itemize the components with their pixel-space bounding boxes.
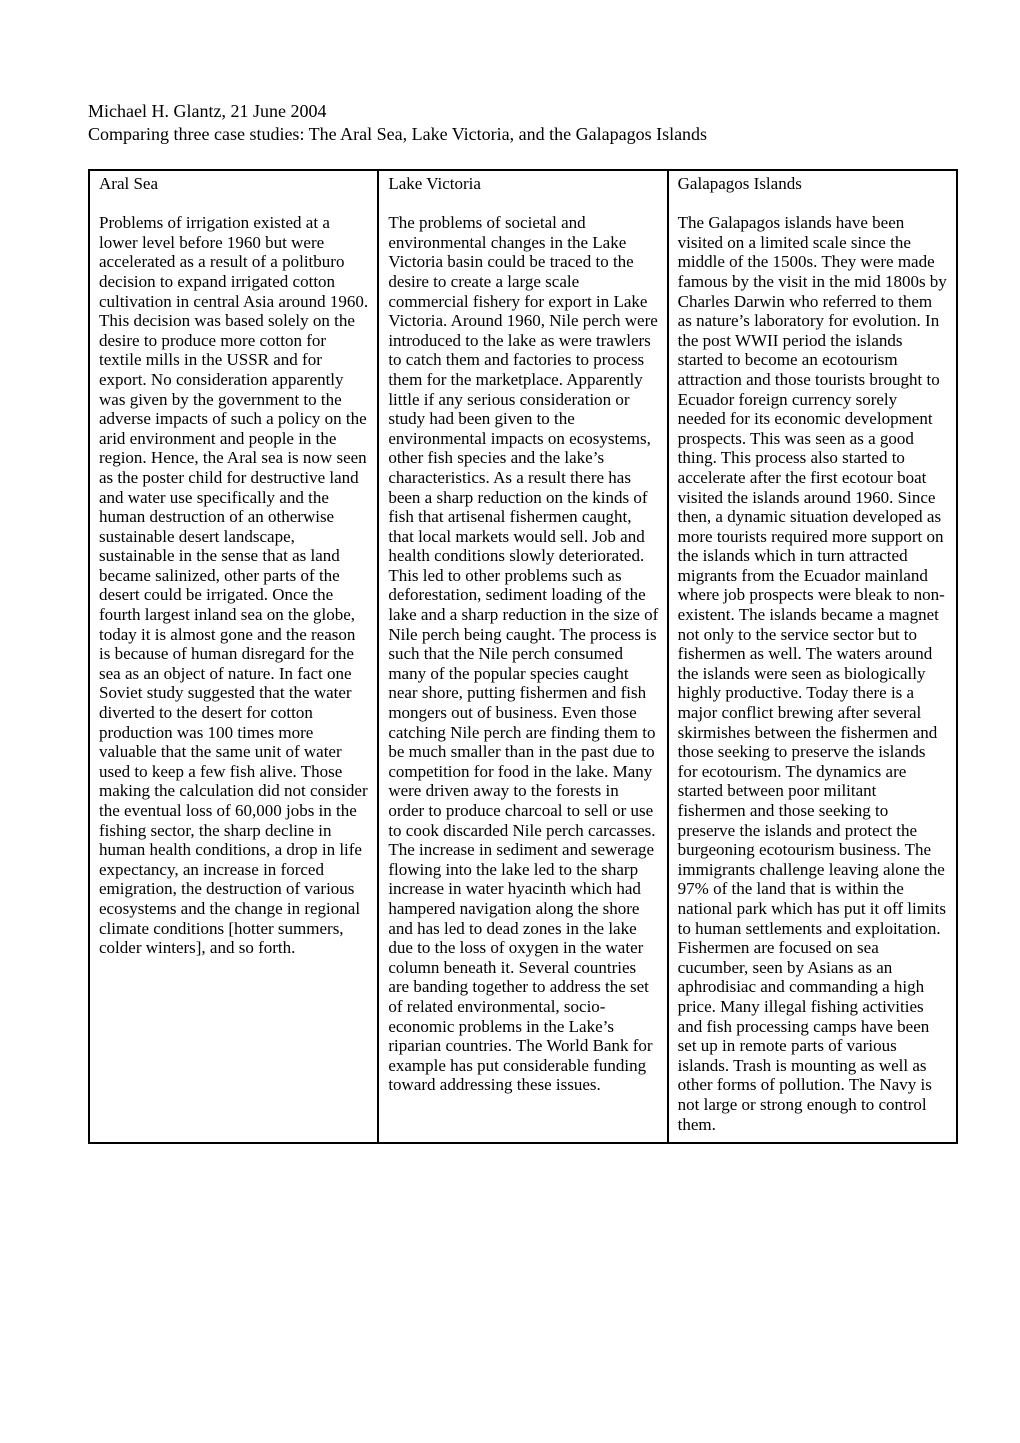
- comparison-table: Aral Sea Problems of irrigation existed …: [88, 169, 958, 1144]
- document-header: Michael H. Glantz, 21 June 2004 Comparin…: [88, 100, 958, 146]
- document-page: Michael H. Glantz, 21 June 2004 Comparin…: [0, 0, 1020, 1443]
- column-body-aral-sea: Problems of irrigation existed at a lowe…: [99, 213, 369, 958]
- column-lake-victoria: Lake Victoria The problems of societal a…: [378, 170, 667, 1143]
- column-header-lake-victoria: Lake Victoria: [388, 174, 658, 194]
- column-header-galapagos-islands: Galapagos Islands: [678, 174, 948, 194]
- column-body-galapagos-islands: The Galapagos islands have been visited …: [678, 213, 948, 1134]
- column-galapagos-islands: Galapagos Islands The Galapagos islands …: [668, 170, 957, 1143]
- column-body-lake-victoria: The problems of societal and environment…: [388, 213, 658, 1095]
- table-row: Aral Sea Problems of irrigation existed …: [89, 170, 957, 1143]
- column-aral-sea: Aral Sea Problems of irrigation existed …: [89, 170, 378, 1143]
- document-content: Michael H. Glantz, 21 June 2004 Comparin…: [88, 100, 958, 1144]
- author-date-line: Michael H. Glantz, 21 June 2004: [88, 100, 958, 123]
- document-subtitle: Comparing three case studies: The Aral S…: [88, 123, 958, 146]
- column-header-aral-sea: Aral Sea: [99, 174, 369, 194]
